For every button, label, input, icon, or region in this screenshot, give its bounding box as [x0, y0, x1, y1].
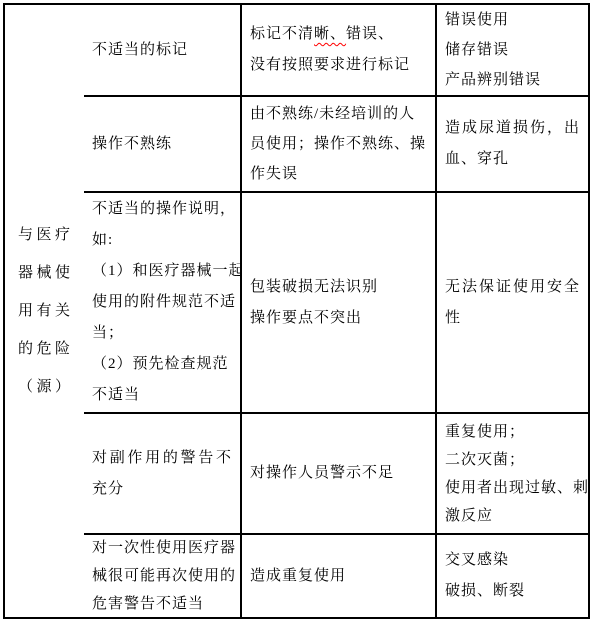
cell-text-line: 对操作人员警示不足 — [250, 458, 427, 489]
document-page: 与医疗器械使用有关的危险（源） 不适当的标记 标记不清晰、错误、 没有按照要求进… — [0, 0, 597, 626]
row1-cause-line2: 没有按照要求进行标记 — [250, 50, 427, 81]
cell-text-line: 交叉感染 — [445, 545, 580, 576]
cell-text-line: 对副作用的警告不 — [92, 443, 232, 474]
cell-text-line: 不适当的操作说明， — [92, 194, 232, 225]
cell-text-line: 当； — [92, 318, 232, 349]
cell-text-line: 使用的附件规范不适 — [92, 287, 232, 318]
cell-row4-hazard: 对副作用的警告不充分 — [84, 414, 242, 535]
cell-row1-hazard: 不适当的标记 — [84, 5, 242, 97]
cell-text-line: 错误使用 — [445, 5, 580, 35]
cell-row1-cause: 标记不清晰、错误、 没有按照要求进行标记 — [242, 5, 437, 97]
cell-row3-hazard: 不适当的操作说明，如:（1）和医疗器械一起使用的附件规范不适当；（2）预先检查规… — [84, 193, 242, 414]
cell-row3-cause: 包装破损无法识别操作要点不突出 — [242, 193, 437, 414]
cell-text-line: 二次灭菌； — [445, 446, 580, 474]
cell-text-line: 性 — [445, 303, 580, 334]
cell-text-line: 械很可能再次使用的 — [92, 562, 232, 590]
row1-cause-line1-rest: 错误、 — [346, 26, 394, 42]
cell-row2-effect: 造成尿道损伤，出血、穿孔 — [437, 97, 588, 193]
cell-text-line: （2）预先检查规范 — [92, 349, 232, 380]
cell-text-line: （1）和医疗器械一起 — [92, 256, 232, 287]
cell-row5-hazard: 对一次性使用医疗器械很可能再次使用的危害警告不适当 — [84, 535, 242, 617]
cell-text-line: 与医疗 — [18, 216, 71, 254]
cell-text-line: 无法保证使用安全 — [445, 272, 580, 303]
cell-text-line: 造成重复使用 — [250, 561, 427, 592]
cell-text-line: 用有关 — [18, 292, 71, 330]
cell-text-line: 血、穿孔 — [445, 144, 580, 175]
cell-text-line: 不适当的标记 — [92, 35, 232, 66]
cell-text-line: 员使用；操作不熟练、操 — [250, 129, 427, 159]
cell-row5-effect: 交叉感染破损、断裂 — [437, 535, 588, 617]
cell-row1-effect: 错误使用储存错误产品辨别错误 — [437, 5, 588, 97]
cell-text-line: 产品辨别错误 — [445, 65, 580, 95]
cell-text-line: 使用者出现过敏、刺 — [445, 474, 580, 502]
cell-row2-hazard: 操作不熟练 — [84, 97, 242, 193]
cell-text-line: 危害警告不适当 — [92, 590, 232, 617]
cell-row5-cause: 造成重复使用 — [242, 535, 437, 617]
cell-row3-effect: 无法保证使用安全性 — [437, 193, 588, 414]
cell-hazard-category: 与医疗器械使用有关的危险（源） — [5, 5, 84, 617]
row1-cause-line1: 标记不清晰、错误、 — [250, 19, 427, 50]
cell-text-line: 对一次性使用医疗器 — [92, 535, 232, 562]
cell-text-line: 操作要点不突出 — [250, 303, 427, 334]
cell-text-line: 作失误 — [250, 159, 427, 189]
cell-text-line: 激反应 — [445, 502, 580, 530]
cell-text-line: 操作不熟练 — [92, 129, 232, 160]
row1-cause-line1-pre: 标记不清 — [250, 26, 314, 42]
cell-text-line: 充分 — [92, 474, 232, 505]
cell-text-line: 储存错误 — [445, 35, 580, 65]
cell-row2-cause: 由不熟练/未经培训的人员使用；操作不熟练、操作失误 — [242, 97, 437, 193]
risk-table: 与医疗器械使用有关的危险（源） 不适当的标记 标记不清晰、错误、 没有按照要求进… — [3, 3, 590, 619]
cell-text-line: （源） — [18, 368, 71, 406]
cell-row4-cause: 对操作人员警示不足 — [242, 414, 437, 535]
spellcheck-flagged-text: 晰、 — [314, 26, 346, 42]
cell-text-line: 造成尿道损伤，出 — [445, 113, 580, 144]
cell-text-line: 重复使用； — [445, 418, 580, 446]
cell-row4-effect: 重复使用；二次灭菌；使用者出现过敏、刺激反应 — [437, 414, 588, 535]
cell-text-line: 包装破损无法识别 — [250, 272, 427, 303]
cell-text-line: 不适当 — [92, 380, 232, 411]
cell-text-line: 器械使 — [18, 254, 71, 292]
cell-text-line: 如: — [92, 225, 232, 256]
cell-text-line: 的危险 — [18, 330, 71, 368]
cell-text-line: 破损、断裂 — [445, 576, 580, 607]
cell-text-line: 由不熟练/未经培训的人 — [250, 99, 427, 129]
